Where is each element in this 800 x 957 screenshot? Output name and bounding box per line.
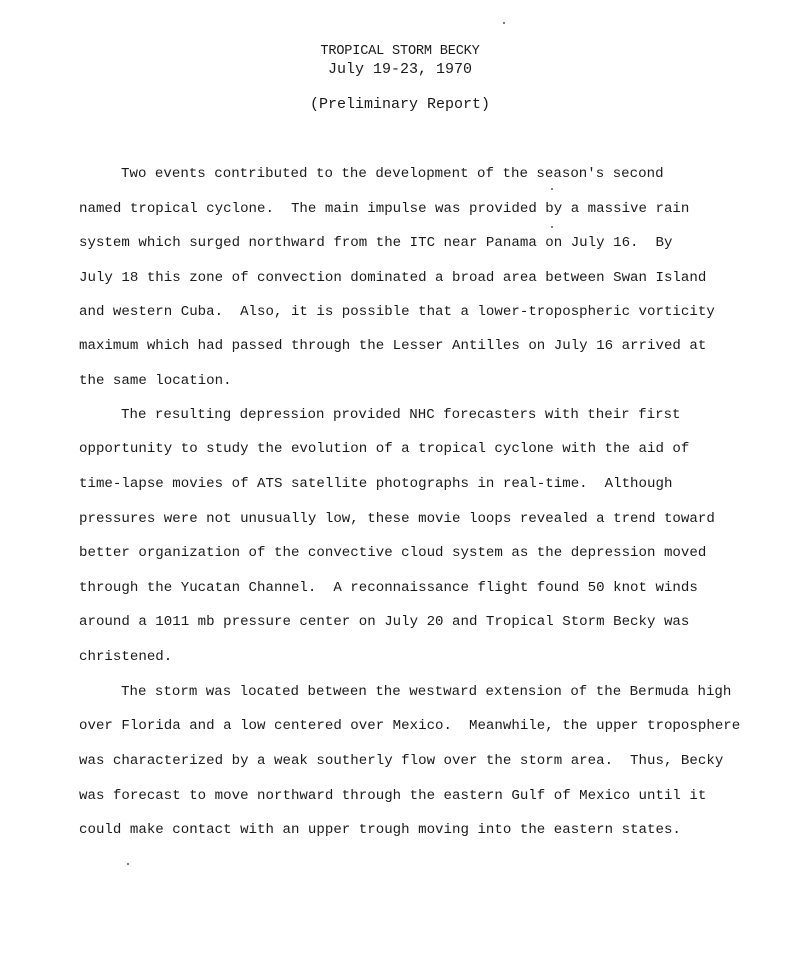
paragraph-line: the same location. <box>79 372 232 390</box>
paragraph-line: over Florida and a low centered over Mex… <box>79 717 740 735</box>
document-page: TROPICAL STORM BECKY July 19-23, 1970 (P… <box>0 0 800 957</box>
paragraph-line: and western Cuba. Also, it is possible t… <box>79 303 715 321</box>
paragraph-line: system which surged northward from the I… <box>79 234 672 252</box>
paragraph-line: Two events contributed to the developmen… <box>121 165 664 183</box>
scan-speck <box>127 863 129 865</box>
paragraph-line: The storm was located between the westwa… <box>121 683 731 701</box>
document-subtitle: (Preliminary Report) <box>0 96 800 114</box>
paragraph-line: July 18 this zone of convection dominate… <box>79 269 706 287</box>
paragraph-line: was forecast to move northward through t… <box>79 787 706 805</box>
paragraph-line: around a 1011 mb pressure center on July… <box>79 613 689 631</box>
paragraph-line: christened. <box>79 648 172 666</box>
paragraph-line: was characterized by a weak southerly fl… <box>79 752 723 770</box>
paragraph-line: could make contact with an upper trough … <box>79 821 681 839</box>
paragraph-line: maximum which had passed through the Les… <box>79 337 706 355</box>
paragraph-line: The resulting depression provided NHC fo… <box>121 406 681 424</box>
paragraph-line: time-lapse movies of ATS satellite photo… <box>79 475 672 493</box>
scan-speck <box>503 22 505 24</box>
paragraph-line: through the Yucatan Channel. A reconnais… <box>79 579 698 597</box>
document-dates: July 19-23, 1970 <box>0 61 800 79</box>
scan-speck <box>551 188 553 190</box>
paragraph-line: better organization of the convective cl… <box>79 544 706 562</box>
document-title: TROPICAL STORM BECKY <box>0 43 800 61</box>
paragraph-line: named tropical cyclone. The main impulse… <box>79 200 689 218</box>
scan-speck <box>551 226 553 228</box>
paragraph-line: opportunity to study the evolution of a … <box>79 440 689 458</box>
paragraph-line: pressures were not unusually low, these … <box>79 510 715 528</box>
